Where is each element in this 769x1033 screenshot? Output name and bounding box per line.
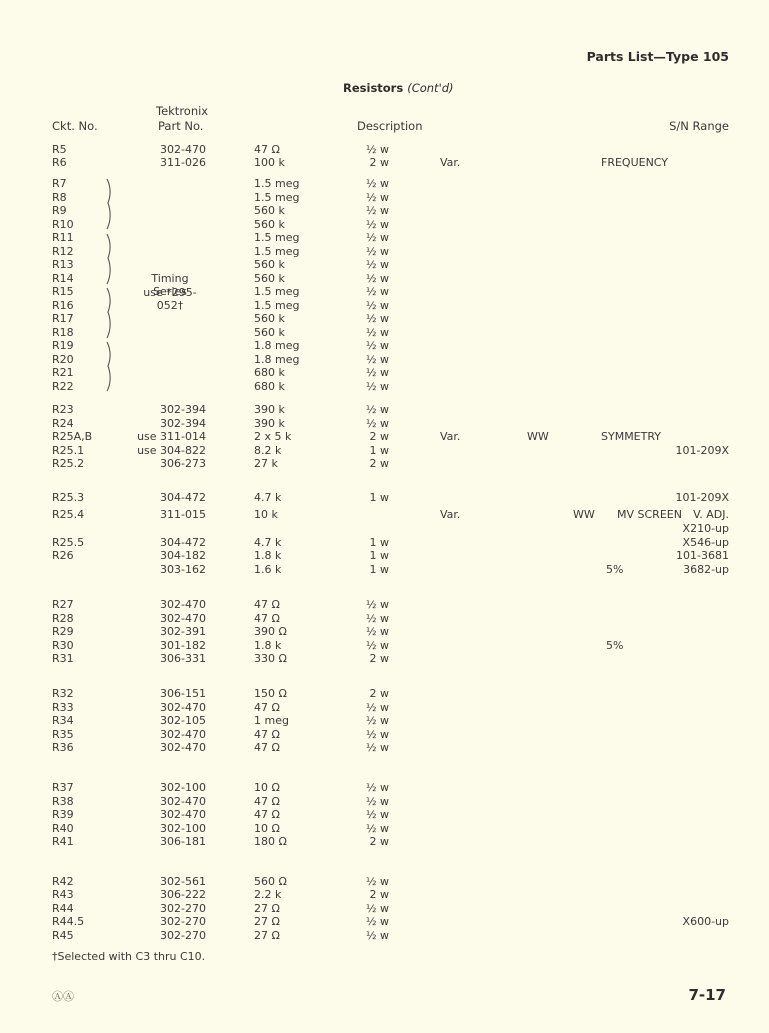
cell-part: use 311-014: [137, 430, 206, 444]
cell-value: 47 Ω: [254, 598, 280, 612]
cell-part: 302-470: [160, 612, 206, 626]
cell-sn: 3682-up: [683, 563, 729, 577]
cell-watts: ½ w: [366, 339, 389, 353]
tektronix-logo-icon: ⒶⒶ: [52, 988, 74, 1004]
cell-watts: ½ w: [366, 143, 389, 157]
table-row: R34302-1051 meg½ w: [0, 714, 769, 728]
cell-watts: 1 w: [370, 444, 390, 458]
cell-value: 1.6 k: [254, 563, 281, 577]
cell-value: 1.5 meg: [254, 299, 299, 313]
timing-series-part: use *295-052†: [133, 286, 207, 312]
cell-watts: ½ w: [366, 598, 389, 612]
cell-value: 390 k: [254, 403, 285, 417]
cell-value: 47 Ω: [254, 143, 280, 157]
cell-ckt: R25.4: [52, 508, 84, 522]
cell-watts: 1 w: [370, 563, 390, 577]
page-number: 7-17: [688, 986, 726, 1004]
table-row: R25.5304-4724.7 k1 wX546-up: [0, 536, 769, 550]
cell-watts: ½ w: [366, 380, 389, 394]
cell-ckt: R25A,B: [52, 430, 92, 444]
column-header-sn-range: S/N Range: [669, 119, 729, 133]
cell-value: 560 k: [254, 204, 285, 218]
cell-part: 302-470: [160, 701, 206, 715]
table-row: R38302-47047 Ω½ w: [0, 795, 769, 809]
cell-watts: ½ w: [366, 366, 389, 380]
cell-value: 27 Ω: [254, 915, 280, 929]
cell-watts: ½ w: [366, 929, 389, 943]
table-row: R30301-1821.8 k½ w5%: [0, 639, 769, 653]
cell-part: 304-472: [160, 491, 206, 505]
cell-sn: X600-up: [683, 915, 729, 929]
cell-watts: ½ w: [366, 258, 389, 272]
cell-value: 1.8 k: [254, 639, 281, 653]
table-row: R36302-47047 Ω½ w: [0, 741, 769, 755]
cell-ckt: R36: [52, 741, 74, 755]
cell-ckt: R30: [52, 639, 74, 653]
cell-value: 27 k: [254, 457, 278, 471]
table-row: R35302-47047 Ω½ w: [0, 728, 769, 742]
cell-part: 302-394: [160, 403, 206, 417]
table-row: R25.1use 304-8228.2 k1 w101-209X: [0, 444, 769, 458]
cell-watts: ½ w: [366, 701, 389, 715]
table-row: R44302-27027 Ω½ w: [0, 902, 769, 916]
cell-part: 304-472: [160, 536, 206, 550]
cell-watts: ½ w: [366, 312, 389, 326]
cell-value: 100 k: [254, 156, 285, 170]
cell-watts: ½ w: [366, 191, 389, 205]
cell-watts: ½ w: [366, 728, 389, 742]
cell-ckt: R18: [52, 326, 74, 340]
cell-watts: ½ w: [366, 417, 389, 431]
column-header-ckt-no: Ckt. No.: [52, 119, 98, 133]
cell-value: 560 k: [254, 258, 285, 272]
cell-part: 302-394: [160, 417, 206, 431]
cell-ckt: R43: [52, 888, 74, 902]
cell-value: 1.5 meg: [254, 231, 299, 245]
cell-ckt: R42: [52, 875, 74, 889]
cell-sn: X210-up: [683, 522, 729, 536]
cell-ckt: R25.5: [52, 536, 84, 550]
cell-value: 560 k: [254, 326, 285, 340]
cell-watts: 1 w: [370, 491, 390, 505]
cell-value: 4.7 k: [254, 536, 281, 550]
cell-watts: ½ w: [366, 204, 389, 218]
cell-value: 150 Ω: [254, 687, 287, 701]
cell-ckt: R39: [52, 808, 74, 822]
cell-ckt: R27: [52, 598, 74, 612]
cell-watts: ½ w: [366, 795, 389, 809]
table-row: R25.4311-01510 kVar.WWMV SCREENV. ADJ.: [0, 508, 769, 522]
cell-ckt: R25.1: [52, 444, 84, 458]
cell-value: 560 k: [254, 312, 285, 326]
section-subtitle: (Cont'd): [407, 81, 453, 95]
cell-ckt: R6: [52, 156, 67, 170]
cell-part: 302-270: [160, 929, 206, 943]
table-row: R44.5302-27027 Ω½ wX600-up: [0, 915, 769, 929]
cell-value: 47 Ω: [254, 741, 280, 755]
cell-part: 302-470: [160, 728, 206, 742]
cell-watts: 2 w: [370, 888, 390, 902]
cell-ww: WW: [573, 508, 595, 522]
cell-watts: ½ w: [366, 902, 389, 916]
cell-value: 47 Ω: [254, 795, 280, 809]
section-title: Resistors (Cont'd): [343, 81, 454, 95]
cell-watts: ½ w: [366, 808, 389, 822]
table-row: R25.2306-27327 k2 w: [0, 457, 769, 471]
cell-value: 1.5 meg: [254, 177, 299, 191]
cell-ckt: R25.2: [52, 457, 84, 471]
table-row: R40302-10010 Ω½ w: [0, 822, 769, 836]
cell-value: 27 Ω: [254, 902, 280, 916]
cell-ckt: R22: [52, 380, 74, 394]
cell-part: 302-470: [160, 808, 206, 822]
cell-part: 302-270: [160, 915, 206, 929]
table-row: R41306-181180 Ω2 w: [0, 835, 769, 849]
cell-value: 2 x 5 k: [254, 430, 291, 444]
cell-watts: ½ w: [366, 822, 389, 836]
cell-watts: ½ w: [366, 741, 389, 755]
table-row: R6311-026100 k2 wVar.FREQUENCY: [0, 156, 769, 170]
cell-watts: ½ w: [366, 245, 389, 259]
cell-ckt: R32: [52, 687, 74, 701]
cell-watts: 2 w: [370, 156, 390, 170]
table-row: R28302-47047 Ω½ w: [0, 612, 769, 626]
cell-watts: ½ w: [366, 639, 389, 653]
cell-value: 180 Ω: [254, 835, 287, 849]
cell-value: 10 k: [254, 508, 278, 522]
cell-ckt: R10: [52, 218, 74, 232]
cell-part: 304-182: [160, 549, 206, 563]
cell-ckt: R19: [52, 339, 74, 353]
table-row: R29302-391390 Ω½ w: [0, 625, 769, 639]
cell-ckt: R35: [52, 728, 74, 742]
cell-ckt: R12: [52, 245, 74, 259]
cell-value: 1.8 meg: [254, 353, 299, 367]
cell-ckt: R33: [52, 701, 74, 715]
cell-value: 1.5 meg: [254, 191, 299, 205]
cell-part: 301-182: [160, 639, 206, 653]
table-row: R24302-394390 k½ w: [0, 417, 769, 431]
table-row: R45302-27027 Ω½ w: [0, 929, 769, 943]
section-title-text: Resistors: [343, 81, 403, 95]
cell-func: MV SCREEN: [617, 508, 682, 522]
table-row: R26304-1821.8 k1 w101-3681: [0, 549, 769, 563]
cell-tol: 5%: [606, 563, 623, 577]
table-row: R31306-331330 Ω2 w: [0, 652, 769, 666]
cell-ckt: R28: [52, 612, 74, 626]
cell-value: 27 Ω: [254, 929, 280, 943]
cell-watts: 2 w: [370, 652, 390, 666]
cell-func: SYMMETRY: [601, 430, 661, 444]
cell-watts: ½ w: [366, 353, 389, 367]
cell-watts: 1 w: [370, 536, 390, 550]
table-row: R42302-561560 Ω½ w: [0, 875, 769, 889]
cell-ckt: R8: [52, 191, 67, 205]
table-row: R27302-47047 Ω½ w: [0, 598, 769, 612]
cell-value: 47 Ω: [254, 612, 280, 626]
cell-part: 302-470: [160, 143, 206, 157]
cell-var: Var.: [440, 430, 460, 444]
cell-ckt: R23: [52, 403, 74, 417]
cell-part: 306-181: [160, 835, 206, 849]
cell-ckt: R40: [52, 822, 74, 836]
cell-sn: X546-up: [683, 536, 729, 550]
cell-ckt: R38: [52, 795, 74, 809]
cell-ckt: R24: [52, 417, 74, 431]
cell-ckt: R37: [52, 781, 74, 795]
cell-value: 4.7 k: [254, 491, 281, 505]
cell-watts: ½ w: [366, 218, 389, 232]
cell-sn: V. ADJ.: [693, 508, 729, 522]
cell-var: Var.: [440, 508, 460, 522]
cell-watts: ½ w: [366, 299, 389, 313]
cell-value: 560 k: [254, 272, 285, 286]
cell-value: 680 k: [254, 366, 285, 380]
cell-watts: ½ w: [366, 403, 389, 417]
cell-value: 390 Ω: [254, 625, 287, 639]
table-row: R32306-151150 Ω2 w: [0, 687, 769, 701]
cell-watts: ½ w: [366, 272, 389, 286]
cell-ckt: R34: [52, 714, 74, 728]
cell-ckt: R7: [52, 177, 67, 191]
cell-watts: ½ w: [366, 781, 389, 795]
cell-func: FREQUENCY: [601, 156, 668, 170]
table-row: R5302-47047 Ω½ w: [0, 143, 769, 157]
table-row: R37302-10010 Ω½ w: [0, 781, 769, 795]
cell-sn: 101-3681: [676, 549, 729, 563]
cell-part: 303-162: [160, 563, 206, 577]
cell-part: 302-470: [160, 598, 206, 612]
cell-ckt: R41: [52, 835, 74, 849]
cell-ckt: R5: [52, 143, 67, 157]
cell-ckt: R21: [52, 366, 74, 380]
cell-ckt: R17: [52, 312, 74, 326]
cell-ckt: R11: [52, 231, 74, 245]
cell-value: 1 meg: [254, 714, 289, 728]
column-header-tektronix: Tektronix: [156, 104, 208, 118]
cell-value: 1.8 meg: [254, 339, 299, 353]
cell-ckt: R14: [52, 272, 74, 286]
cell-part: 302-391: [160, 625, 206, 639]
cell-value: 1.8 k: [254, 549, 281, 563]
table-row: R23302-394390 k½ w: [0, 403, 769, 417]
cell-value: 1.5 meg: [254, 285, 299, 299]
page-header-title: Parts List—Type 105: [587, 49, 729, 64]
cell-tol: 5%: [606, 639, 623, 653]
cell-part: 302-470: [160, 795, 206, 809]
group-brace-icon: [103, 177, 117, 393]
cell-ckt: R9: [52, 204, 67, 218]
cell-part: 306-151: [160, 687, 206, 701]
cell-ww: WW: [527, 430, 549, 444]
cell-value: 1.5 meg: [254, 245, 299, 259]
cell-ckt: R29: [52, 625, 74, 639]
table-row: X210-up: [0, 522, 769, 536]
cell-part: 302-100: [160, 822, 206, 836]
cell-ckt: R26: [52, 549, 74, 563]
cell-part: 306-331: [160, 652, 206, 666]
cell-ckt: R15: [52, 285, 74, 299]
cell-part: 302-470: [160, 741, 206, 755]
cell-watts: ½ w: [366, 612, 389, 626]
table-row: 303-1621.6 k1 w5%3682-up: [0, 563, 769, 577]
cell-part: 302-270: [160, 902, 206, 916]
cell-value: 47 Ω: [254, 728, 280, 742]
cell-watts: ½ w: [366, 875, 389, 889]
cell-ckt: R20: [52, 353, 74, 367]
table-row: R25.3304-4724.7 k1 w101-209X: [0, 491, 769, 505]
cell-part: 302-100: [160, 781, 206, 795]
cell-part: 306-273: [160, 457, 206, 471]
cell-part: 306-222: [160, 888, 206, 902]
cell-part: 311-026: [160, 156, 206, 170]
cell-watts: ½ w: [366, 285, 389, 299]
cell-part: 311-015: [160, 508, 206, 522]
cell-watts: ½ w: [366, 231, 389, 245]
table-row: R39302-47047 Ω½ w: [0, 808, 769, 822]
cell-watts: 1 w: [370, 549, 390, 563]
column-header-description: Description: [357, 119, 423, 133]
cell-ckt: R44: [52, 902, 74, 916]
cell-watts: 2 w: [370, 457, 390, 471]
cell-ckt: R44.5: [52, 915, 84, 929]
cell-ckt: R16: [52, 299, 74, 313]
cell-var: Var.: [440, 156, 460, 170]
footnote: †Selected with C3 thru C10.: [52, 950, 205, 963]
cell-ckt: R45: [52, 929, 74, 943]
cell-watts: 2 w: [370, 687, 390, 701]
cell-watts: 2 w: [370, 835, 390, 849]
cell-watts: ½ w: [366, 326, 389, 340]
cell-part: 302-105: [160, 714, 206, 728]
cell-sn: 101-209X: [676, 444, 730, 458]
cell-watts: ½ w: [366, 915, 389, 929]
cell-ckt: R25.3: [52, 491, 84, 505]
cell-value: 47 Ω: [254, 701, 280, 715]
cell-part: use 304-822: [137, 444, 206, 458]
table-row: R33302-47047 Ω½ w: [0, 701, 769, 715]
cell-value: 680 k: [254, 380, 285, 394]
cell-watts: ½ w: [366, 177, 389, 191]
cell-value: 10 Ω: [254, 822, 280, 836]
column-header-part-no: Part No.: [158, 119, 203, 133]
cell-value: 47 Ω: [254, 808, 280, 822]
cell-value: 390 k: [254, 417, 285, 431]
cell-watts: ½ w: [366, 714, 389, 728]
cell-value: 8.2 k: [254, 444, 281, 458]
table-row: R43306-2222.2 k2 w: [0, 888, 769, 902]
cell-watts: ½ w: [366, 625, 389, 639]
cell-part: 302-561: [160, 875, 206, 889]
cell-ckt: R13: [52, 258, 74, 272]
cell-value: 330 Ω: [254, 652, 287, 666]
cell-sn: 101-209X: [676, 491, 730, 505]
cell-value: 560 k: [254, 218, 285, 232]
cell-value: 560 Ω: [254, 875, 287, 889]
cell-value: 2.2 k: [254, 888, 281, 902]
cell-watts: 2 w: [370, 430, 390, 444]
table-row: R25A,Buse 311-0142 x 5 k2 wVar.WWSYMMETR…: [0, 430, 769, 444]
cell-ckt: R31: [52, 652, 74, 666]
cell-value: 10 Ω: [254, 781, 280, 795]
